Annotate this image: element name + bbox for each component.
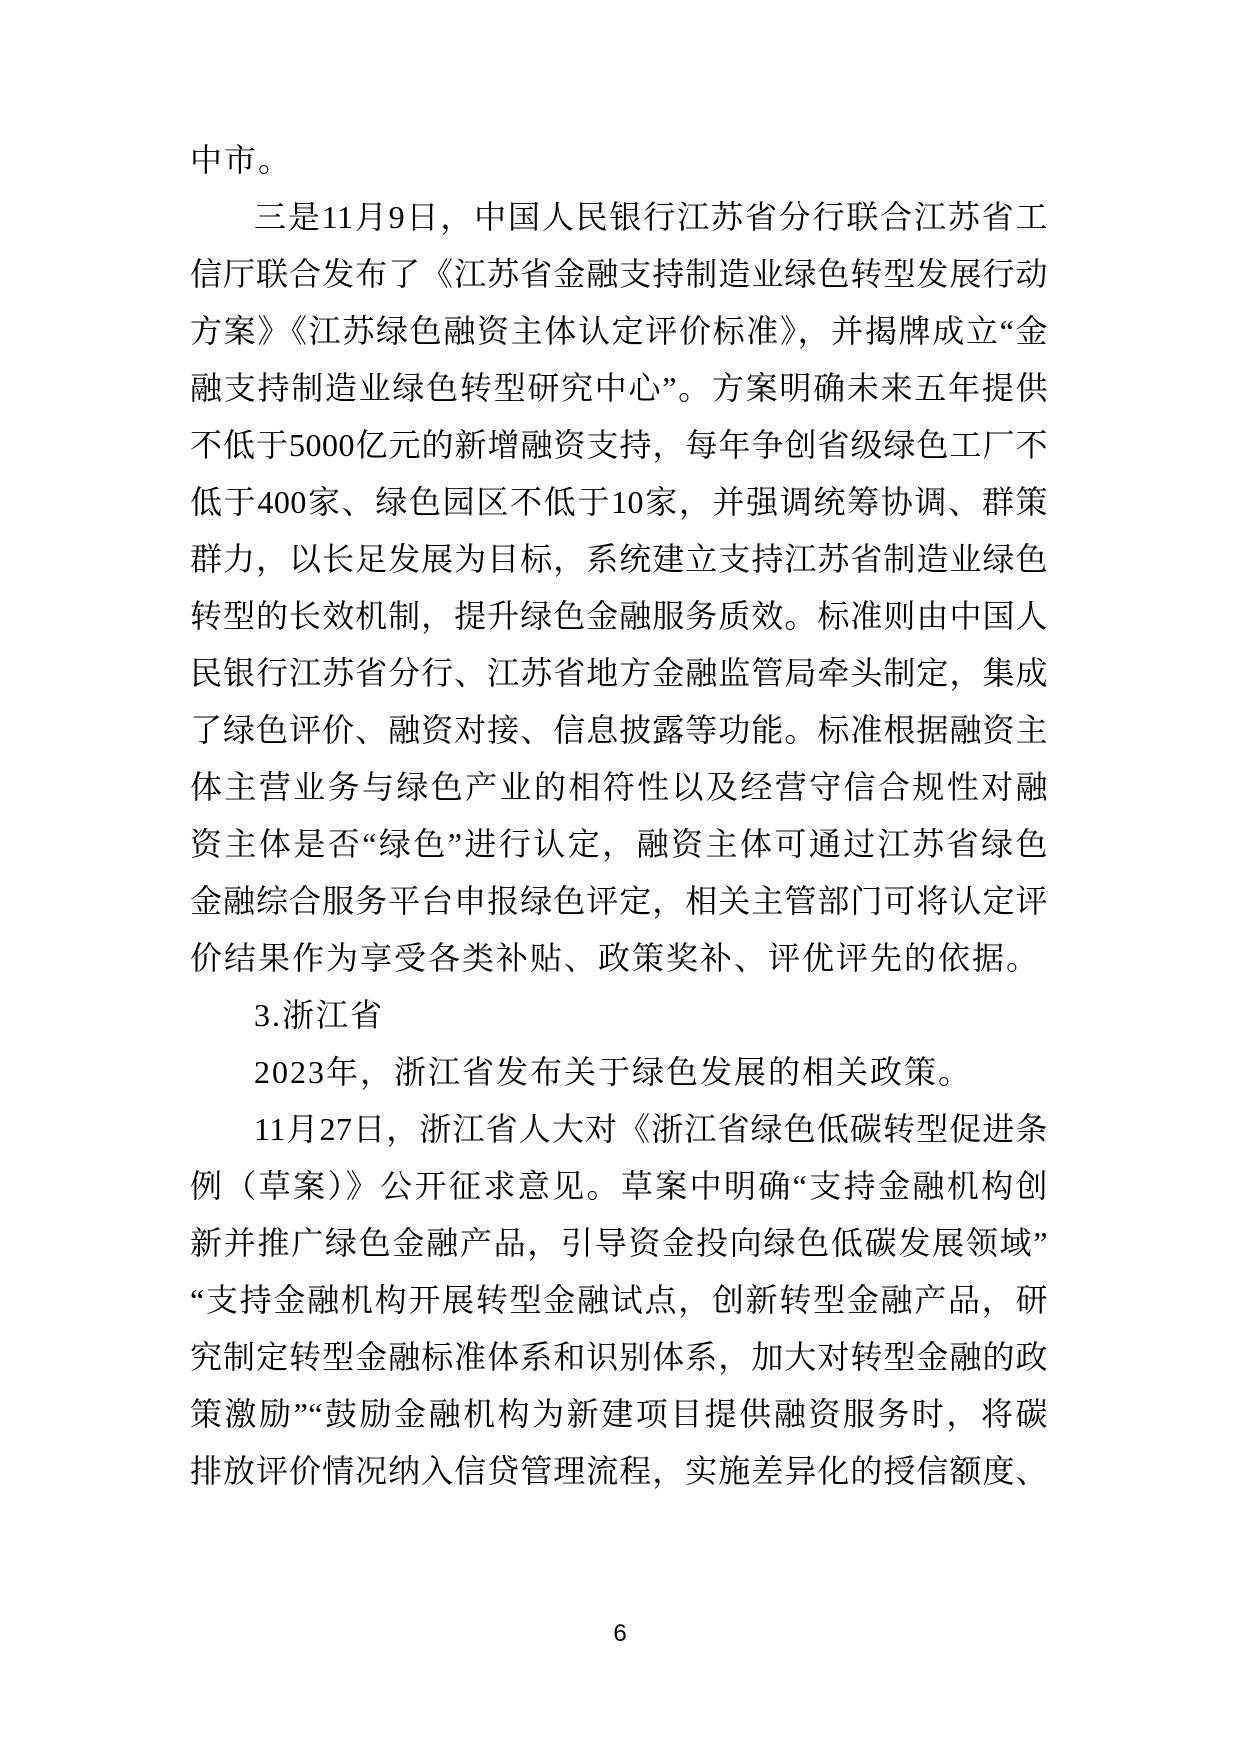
text-line: 11月27日，浙江省人大对《浙江省绿色低碳转型促进条 <box>190 1101 1048 1158</box>
text-line: 了绿色评价、融资对接、信息披露等功能。标准根据融资主 <box>190 702 1048 759</box>
text-line: “支持金融机构开展转型金融试点，创新转型金融产品，研 <box>190 1272 1048 1329</box>
document-page: 中市。 三是11月9日，中国人民银行江苏省分行联合江苏省工 信厅联合发布了《江苏… <box>0 0 1240 1754</box>
section-heading: 3.浙江省 <box>190 987 1048 1044</box>
text-line: 方案》《江苏绿色融资主体认定评价标准》，并揭牌成立“金 <box>190 303 1048 360</box>
text-line: 例（草案）》公开征求意见。草案中明确“支持金融机构创 <box>190 1158 1048 1215</box>
text-line: 三是11月9日，中国人民银行江苏省分行联合江苏省工 <box>190 189 1048 246</box>
text-line: 体主营业务与绿色产业的相符性以及经营守信合规性对融 <box>190 759 1048 816</box>
text-line: 信厅联合发布了《江苏省金融支持制造业绿色转型发展行动 <box>190 246 1048 303</box>
text-line: 转型的长效机制，提升绿色金融服务质效。标准则由中国人 <box>190 588 1048 645</box>
text-line: 不低于5000亿元的新增融资支持，每年争创省级绿色工厂不 <box>190 417 1048 474</box>
text-line: 价结果作为享受各类补贴、政策奖补、评优评先的依据。 <box>190 930 1048 987</box>
text-line: 排放评价情况纳入信贷管理流程，实施差异化的授信额度、 <box>190 1443 1048 1500</box>
text-line: 究制定转型金融标准体系和识别体系，加大对转型金融的政 <box>190 1329 1048 1386</box>
text-line: 民银行江苏省分行、江苏省地方金融监管局牵头制定，集成 <box>190 645 1048 702</box>
text-line: 群力，以长足发展为目标，系统建立支持江苏省制造业绿色 <box>190 531 1048 588</box>
text-line: 融支持制造业绿色转型研究中心”。方案明确未来五年提供 <box>190 360 1048 417</box>
text-line: 2023年，浙江省发布关于绿色发展的相关政策。 <box>190 1044 1048 1101</box>
text-line: 低于400家、绿色园区不低于10家，并强调统筹协调、群策 <box>190 474 1048 531</box>
text-line: 金融综合服务平台申报绿色评定，相关主管部门可将认定评 <box>190 873 1048 930</box>
document-body: 中市。 三是11月9日，中国人民银行江苏省分行联合江苏省工 信厅联合发布了《江苏… <box>190 132 1048 1500</box>
text-line: 中市。 <box>190 132 1048 189</box>
text-line: 资主体是否“绿色”进行认定，融资主体可通过江苏省绿色 <box>190 816 1048 873</box>
text-line: 策激励”“鼓励金融机构为新建项目提供融资服务时，将碳 <box>190 1386 1048 1443</box>
page-footer: 6 <box>0 1620 1240 1648</box>
text-line: 新并推广绿色金融产品，引导资金投向绿色低碳发展领域” <box>190 1215 1048 1272</box>
page-number: 6 <box>613 1620 626 1647</box>
